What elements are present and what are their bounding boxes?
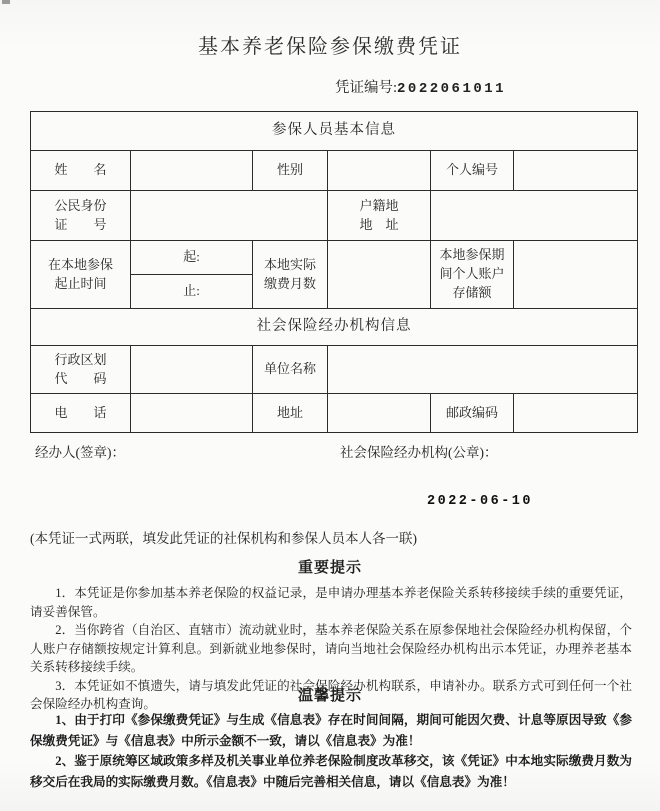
agency-section-header: 社会保险经办机构信息 [31, 309, 638, 346]
account-balance-value [514, 241, 638, 309]
phone-value [131, 394, 253, 433]
warm-notice-title: 温馨提示 [0, 684, 660, 705]
registered-address-value [431, 191, 638, 241]
gender-label: 性别 [253, 151, 328, 191]
certificate-number-value: 2022061011 [397, 81, 506, 97]
org-name-value [328, 346, 638, 394]
admin-division-code-value [131, 346, 253, 394]
paid-months-value [328, 241, 431, 309]
admin-division-code-label: 行政区划 代 码 [31, 346, 131, 394]
phone-label: 电 话 [31, 394, 131, 433]
certificate-page: 基本养老保险参保缴费凭证 凭证编号:2022061011 参保人员基本信息 姓 … [0, 0, 660, 811]
copy-note: (本凭证一式两联，填发此凭证的社保机构和参保人员本人各一联) [30, 527, 417, 547]
important-notice-item: 2．当你跨省（自治区、直辖市）流动就业时，基本养老保险关系在原参保地社会保险经办… [30, 621, 632, 677]
name-label: 姓 名 [31, 151, 131, 191]
certificate-number-label: 凭证编号: [335, 80, 397, 96]
important-notice-title: 重要提示 [0, 556, 660, 577]
agency-seal-label: 社会保险经办机构(公章)： [340, 441, 498, 461]
period-start-cell: 起: [131, 241, 253, 275]
citizen-id-label: 公民身份 证 号 [31, 191, 131, 241]
period-end-cell: 止: [131, 275, 253, 309]
certificate-number-line: 凭证编号:2022061011 [335, 76, 506, 97]
personal-id-value [514, 151, 638, 191]
operator-sign-label: 经办人(签章)： [35, 441, 125, 461]
gender-value [328, 151, 431, 191]
paid-months-label: 本地实际 缴费月数 [253, 241, 328, 309]
personal-id-label: 个人编号 [431, 151, 514, 191]
postal-code-label: 邮政编码 [431, 394, 514, 433]
warm-notice-item: 1、由于打印《参保缴费凭证》与生成《信息表》存在时间间隔，期间可能因欠费、计息等… [30, 710, 632, 751]
postal-code-value [514, 394, 638, 433]
account-balance-label: 本地参保期 间个人账户 存储额 [431, 241, 514, 309]
citizen-id-value [131, 191, 328, 241]
warm-notice-item: 2、鉴于原统筹区域政策多样及机关事业单位养老保险制度改革移交，该《凭证》中本地实… [30, 751, 632, 792]
issue-date: 2022-06-10 [427, 494, 533, 509]
participant-section-header: 参保人员基本信息 [31, 112, 638, 151]
org-name-label: 单位名称 [253, 346, 328, 394]
period-end-label: 止: [183, 283, 200, 298]
name-value [131, 151, 253, 191]
address-label: 地址 [253, 394, 328, 433]
scan-corner-artifact [2, 0, 10, 4]
registered-address-label: 户籍地 地 址 [328, 191, 431, 241]
page-title: 基本养老保险参保缴费凭证 [0, 30, 660, 59]
address-value [328, 394, 431, 433]
local-period-label: 在本地参保 起止时间 [31, 241, 131, 309]
period-start-label: 起: [183, 249, 200, 264]
important-notice-item: 1．本凭证是你参加基本养老保险的权益记录，是申请办理基本养老保险关系转移接续手续… [30, 584, 632, 621]
warm-notice-body: 1、由于打印《参保缴费凭证》与生成《信息表》存在时间间隔，期间可能因欠费、计息等… [30, 710, 632, 792]
certificate-form-table: 参保人员基本信息 姓 名 性别 个人编号 公民身份 证 号 户籍地 地 址 在本… [30, 111, 638, 433]
